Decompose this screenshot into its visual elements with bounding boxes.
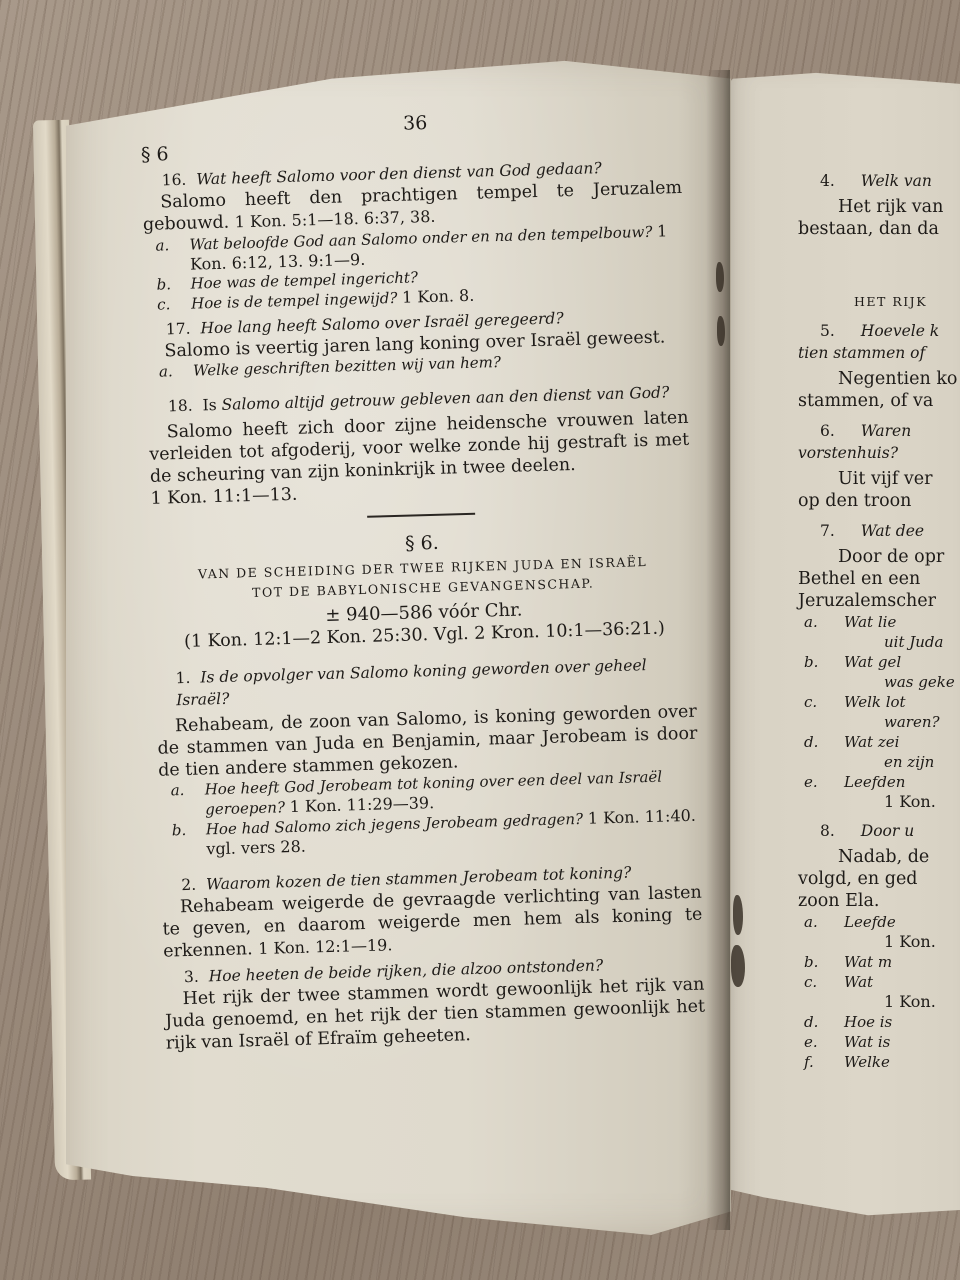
answer-text: Jeruzalemscher (798, 590, 960, 612)
sub-question: b.Wat gel (798, 652, 960, 672)
right-page-text: 4.Welk vanHet rijk vanbestaan, dan daHET… (798, 162, 960, 1072)
answer-text: Het rijk van (798, 196, 960, 218)
section-heading: HET RIJK (798, 292, 960, 312)
question-text: tien stammen of (798, 342, 960, 364)
sub-question-text: waren? (798, 712, 960, 732)
question-number: 2. (181, 875, 196, 893)
book-gutter (706, 70, 730, 1230)
sub-question-text: uit Juda (798, 632, 960, 652)
question: 7.Wat dee (798, 520, 960, 542)
ink-stain (733, 895, 743, 935)
question-18: 18.Is Salomo altijd getrouw gebleven aan… (148, 381, 691, 510)
question-text: Hoevele k (861, 322, 939, 340)
sub-question: d.Hoe is (798, 1012, 960, 1032)
question: 8.Door u (798, 820, 960, 842)
sub-question: a.Wat lie (798, 612, 960, 632)
section-divider (367, 513, 475, 518)
question-16: 16.Wat heeft Salomo voor den dienst van … (141, 155, 685, 315)
sub-question: f.Welke (798, 1052, 960, 1072)
answer-text: volgd, en ged (798, 868, 960, 890)
sub-question: e.Leefden (798, 772, 960, 792)
question-number: 5. (820, 322, 835, 340)
question: 4.Welk van (798, 170, 960, 192)
question-1: 1.Is de opvolger van Salomo koning gewor… (155, 652, 700, 860)
question-text: Wat dee (861, 522, 924, 540)
scripture-reference: 1 Kon. (798, 932, 960, 952)
question-text: vorstenhuis? (798, 442, 960, 464)
sub-question-text: was geke (798, 672, 960, 692)
ink-stain (716, 262, 724, 292)
question: 6.Waren (798, 420, 960, 442)
question-number: 17. (166, 320, 191, 339)
question-number: 8. (820, 822, 835, 840)
sub-question-text: en zijn (798, 752, 960, 772)
ink-stain (731, 945, 745, 987)
answer-text: op den troon (798, 490, 960, 512)
scripture-reference: 1 Kon. 12:1—19. (258, 935, 393, 958)
question-number: 16. (161, 171, 186, 190)
answer-text: Bethel en een (798, 568, 960, 590)
answer-text: zoon Ela. (798, 890, 960, 912)
question-2: 2.Waarom kozen de tien stammen Jerobeam … (161, 859, 703, 962)
sub-question: c.Welk lot (798, 692, 960, 712)
question-number: 6. (820, 422, 835, 440)
answer-text: Rehabeam weigerde de gevraagde verlichti… (162, 882, 702, 961)
answer-text: Uit vijf ver (798, 468, 960, 490)
scripture-reference: 1 Kon. 11:29—39. (289, 793, 434, 816)
scripture-reference: 1 Kon. 8. (402, 286, 475, 307)
question-number: 18. (168, 397, 193, 416)
question-text: Welk van (861, 172, 932, 190)
answer-text: stammen, of va (798, 390, 960, 412)
answer-text: Negentien ko (798, 368, 960, 390)
answer-text: bestaan, dan da (798, 218, 960, 240)
scripture-reference: 1 Kon. (798, 792, 960, 812)
section-heading: § 6. Van de scheiding der twee rijken Ju… (152, 524, 695, 653)
answer-text: Nadab, de (798, 846, 960, 868)
question-number: 3. (184, 967, 199, 985)
question-text: Waren (861, 422, 911, 440)
question-number: 4. (820, 172, 835, 190)
question: 5.Hoevele k (798, 320, 960, 342)
scripture-reference: 1 Kon. (798, 992, 960, 1012)
sub-question: d.Wat zei (798, 732, 960, 752)
question-text: Is de opvolger van Salomo koning geworde… (176, 656, 647, 709)
question-3: 3.Hoe heeten de beide rijken, die alzoo … (164, 951, 706, 1054)
sub-question: a.Leefde (798, 912, 960, 932)
ink-stain (717, 316, 725, 346)
sub-question: b.Wat m (798, 952, 960, 972)
spacer (798, 240, 960, 284)
question-number: 1. (175, 668, 190, 686)
question-text: Door u (861, 822, 914, 840)
left-page-text: 36 § 6 16.Wat heeft Salomo voor den dien… (140, 105, 706, 1054)
sub-question: e.Wat is (798, 1032, 960, 1052)
sub-question: c.Wat (798, 972, 960, 992)
question-number: 7. (820, 522, 835, 540)
answer-text: Door de opr (798, 546, 960, 568)
